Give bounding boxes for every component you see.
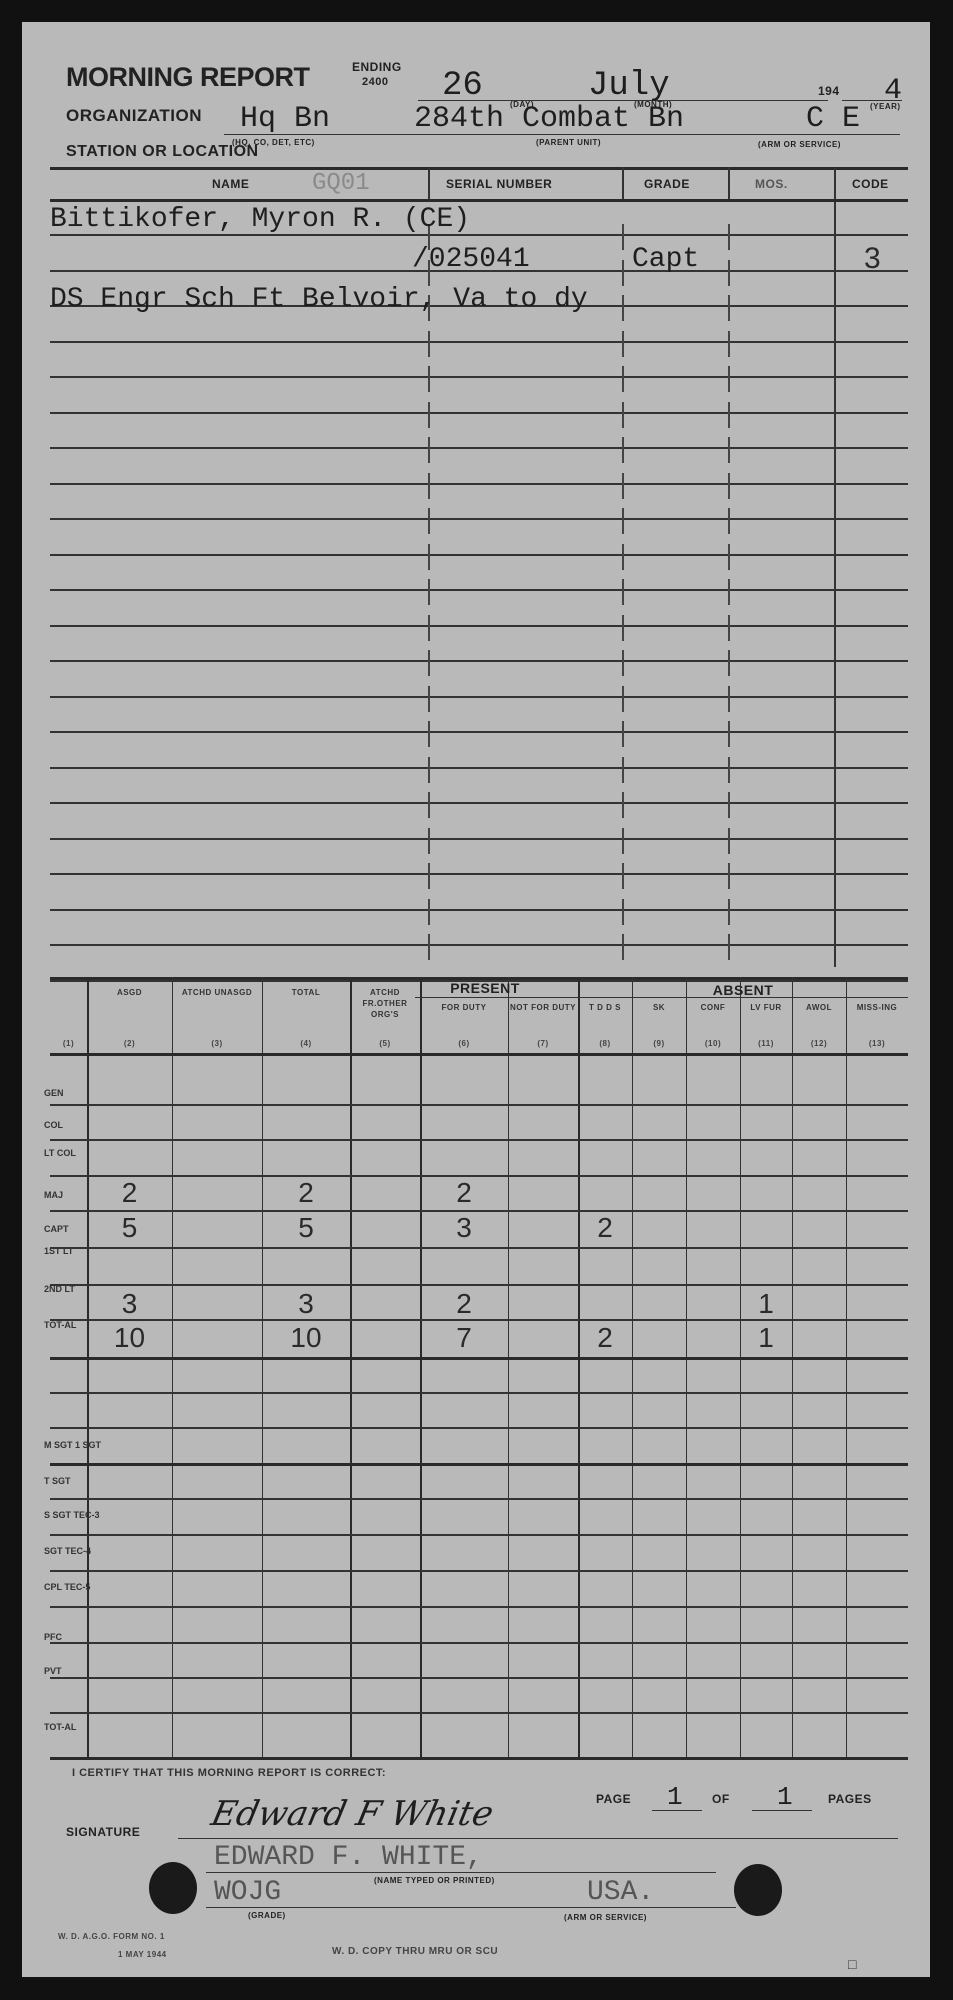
table-cell: 3 [420,1212,508,1244]
table-cell: 2 [87,1177,172,1209]
year-prefix: 194 [818,84,840,98]
report-day: 26 [442,67,483,105]
column-header: MISS-ING [846,1002,908,1013]
grade-header: GRADE [644,177,690,191]
column-header: ATCHD UNASGD [172,987,262,998]
column-tick [728,828,730,854]
table-cell: 2 [262,1177,350,1209]
table-row-line [50,1104,908,1106]
column-tick [428,331,430,357]
column-tick [728,224,730,250]
table-row-line [50,1534,908,1536]
table-row-rank: M SGT 1 SGT [44,1440,102,1451]
roster-rule [50,376,908,378]
roster-rule [50,341,908,343]
column-number: (2) [87,1039,172,1048]
table-row-rank: 1ST LT [44,1246,102,1257]
roster-rule [50,838,908,840]
table-row-line [50,1463,908,1466]
mos-header: MOS. [755,177,788,191]
column-tick [728,295,730,321]
station-label: STATION OR LOCATION [66,143,259,161]
signature-label: SIGNATURE [66,1825,140,1839]
column-number: (1) [50,1039,87,1048]
column-header: T D D S [578,1002,632,1013]
column-tick [622,544,624,570]
roster-name-line: Bittikofer, Myron R. (CE) [50,204,470,235]
column-header: NOT FOR DUTY [508,1002,578,1013]
roster-rule [50,625,908,627]
typed-name: EDWARD F. WHITE, [214,1842,483,1873]
column-tick [622,721,624,747]
page-label: PAGE [596,1792,631,1806]
table-cell: 5 [87,1212,172,1244]
column-tick [728,757,730,783]
table-cell: 10 [87,1322,172,1354]
roster-rule [50,447,908,449]
table-row-line [50,1284,908,1286]
table-row-rank: S SGT TEC-3 [44,1510,102,1521]
absent-group-header: ABSENT [578,982,908,998]
roster-serial-number: /025041 [412,244,530,275]
ending-time-label: 2400 [362,76,388,88]
column-tick [728,508,730,534]
column-tick [622,508,624,534]
column-number: (12) [792,1039,846,1048]
pages-label: PAGES [828,1792,872,1806]
table-column-line [578,977,580,1757]
form-date: 1 MAY 1944 [118,1950,167,1959]
column-tick [728,686,730,712]
column-tick [622,224,624,250]
table-row-rank: T SGT [44,1476,102,1487]
signer-grade: WOJG [214,1877,281,1908]
column-tick [428,828,430,854]
arm-or-service: C E [806,102,860,136]
column-tick [622,650,624,676]
column-number: (7) [508,1039,578,1048]
column-number: (8) [578,1039,632,1048]
roster-rule [50,802,908,804]
table-cell: 2 [578,1212,632,1244]
roster-code: 3 [864,242,881,276]
column-tick [728,792,730,818]
table-row-line [50,1677,908,1679]
table-row-rank: CPL TEC-5 [44,1582,102,1593]
table-column-line [420,977,422,1757]
copy-note: W. D. COPY THRU MRU OR SCU [332,1946,498,1957]
column-tick [728,863,730,889]
table-row-line [50,1392,908,1394]
column-tick [622,402,624,428]
column-tick [728,402,730,428]
column-tick [622,828,624,854]
form-title: MORNING REPORT [66,62,310,93]
column-number: (9) [632,1039,686,1048]
roster-rule [50,589,908,591]
table-column-line [846,977,847,1757]
column-tick [428,899,430,925]
column-tick [428,721,430,747]
column-header: TOTAL [262,987,350,998]
column-tick [428,508,430,534]
column-tick [622,615,624,641]
roster-rule [50,554,908,556]
column-tick [428,792,430,818]
table-row-rank: SGT TEC-4 [44,1546,102,1557]
table-cell: 2 [420,1288,508,1320]
table-row-rank: PVT [44,1666,102,1677]
table-column-line [350,977,352,1757]
column-tick [622,686,624,712]
page-number: 1 [667,1782,683,1812]
table-cell: 3 [87,1288,172,1320]
table-row-rank: PFC [44,1632,102,1643]
table-cell: 5 [262,1212,350,1244]
roster-rule [50,944,908,946]
column-number: (3) [172,1039,262,1048]
column-header: SK [632,1002,686,1013]
table-cell: 1 [740,1288,792,1320]
morning-report-form: MORNING REPORT ENDING 2400 26 (DAY) July… [22,22,930,1977]
column-tick [622,792,624,818]
roster-rule [50,767,908,769]
column-tick [428,473,430,499]
table-row-line [50,1712,908,1714]
roster-rule [50,660,908,662]
punch-hole-right [734,1864,782,1916]
certify-statement: I CERTIFY THAT THIS MORNING REPORT IS CO… [72,1767,386,1779]
column-tick [728,366,730,392]
checkbox-icon[interactable]: □ [848,1956,856,1972]
name-header: NAME [212,177,249,191]
column-number: (4) [262,1039,350,1048]
column-tick [428,366,430,392]
column-tick [622,437,624,463]
column-header: ATCHD FR.OTHER ORG'S [350,987,420,1020]
table-cell: 2 [420,1177,508,1209]
table-row-line [50,1498,908,1500]
column-tick [428,402,430,428]
column-header: ASGD [87,987,172,998]
parent-unit-caption: (PARENT UNIT) [536,138,601,147]
roster-rule [50,518,908,520]
table-row-rank: COL [44,1120,102,1131]
typed-name-caption: (NAME TYPED OR PRINTED) [374,1876,495,1885]
roster-rule [50,412,908,414]
column-tick [428,579,430,605]
table-row-line [50,1357,908,1360]
serial-number-header: SERIAL NUMBER [446,177,552,191]
table-row-line [50,1570,908,1572]
roster-remark-line: DS Engr Sch Ft Belvoir, Va to dy [50,284,588,315]
table-column-line [172,977,173,1757]
table-column-line [508,977,509,1757]
column-tick [428,615,430,641]
column-number: (11) [740,1039,792,1048]
column-tick [622,863,624,889]
column-tick [728,899,730,925]
table-row-rank: TOT-AL [44,1722,102,1733]
column-tick [622,260,624,286]
organization-label: ORGANIZATION [66,106,202,126]
column-tick [728,615,730,641]
table-cell: 7 [420,1322,508,1354]
column-tick [728,650,730,676]
column-tick [728,721,730,747]
table-column-line [632,977,633,1757]
column-tick [622,579,624,605]
column-tick [728,544,730,570]
table-column-line [792,977,793,1757]
table-column-line [740,977,741,1757]
column-number: (10) [686,1039,740,1048]
roster-rule [50,696,908,698]
of-label: OF [712,1792,730,1806]
table-cell: 1 [740,1322,792,1354]
table-row-rank: GEN [44,1088,102,1099]
table-row-rank: LT COL [44,1148,102,1159]
column-tick [428,934,430,960]
column-tick [428,686,430,712]
roster-rule [50,873,908,875]
column-tick [728,579,730,605]
roster-rule [50,909,908,911]
table-row-line [50,1247,908,1249]
column-tick [728,473,730,499]
column-tick [728,934,730,960]
column-tick [428,650,430,676]
column-tick [622,473,624,499]
grade-caption: (GRADE) [248,1911,286,1920]
column-tick [428,757,430,783]
handwritten-signature: Edward F White [208,1794,497,1834]
column-tick [622,331,624,357]
column-tick [728,437,730,463]
column-header: FOR DUTY [420,1002,508,1013]
present-group-header: PRESENT [415,980,555,996]
table-row-line [50,1139,908,1141]
column-number: (6) [420,1039,508,1048]
column-tick [428,863,430,889]
table-cell: 10 [262,1322,350,1354]
column-number: (13) [846,1039,908,1048]
column-tick [428,544,430,570]
table-column-line [686,977,687,1757]
column-header: AWOL [792,1002,846,1013]
arm-service-caption: (ARM OR SERVICE) [758,140,841,149]
column-tick [622,934,624,960]
table-cell: 2 [578,1322,632,1354]
stamp-mark: GQ01 [312,170,370,197]
table-column-line [262,977,263,1757]
roster-rule [50,731,908,733]
column-tick [728,260,730,286]
roster-grade: Capt [632,244,699,275]
table-row-line [50,1606,908,1608]
column-tick [622,757,624,783]
total-pages: 1 [777,1782,793,1812]
arm-service-caption-sig: (ARM OR SERVICE) [564,1913,647,1922]
column-tick [622,899,624,925]
column-tick [622,366,624,392]
roster-rule [50,483,908,485]
signer-arm-service: USA. [587,1877,654,1908]
punch-hole-left [149,1862,197,1914]
column-tick [622,295,624,321]
column-header: LV FUR [740,1002,792,1013]
year-caption: (YEAR) [870,102,901,111]
column-header: CONF [686,1002,740,1013]
parent-unit: 284th Combat Bn [414,102,684,136]
column-tick [428,437,430,463]
code-header: CODE [852,177,889,191]
organization-unit: Hq Bn [240,102,330,136]
table-cell: 3 [262,1288,350,1320]
table-row-line [50,1427,908,1429]
form-number: W. D. A.G.O. FORM NO. 1 [58,1932,165,1941]
column-tick [728,331,730,357]
ending-label: ENDING [352,60,402,74]
table-row-line [50,1642,908,1644]
column-number: (5) [350,1039,420,1048]
